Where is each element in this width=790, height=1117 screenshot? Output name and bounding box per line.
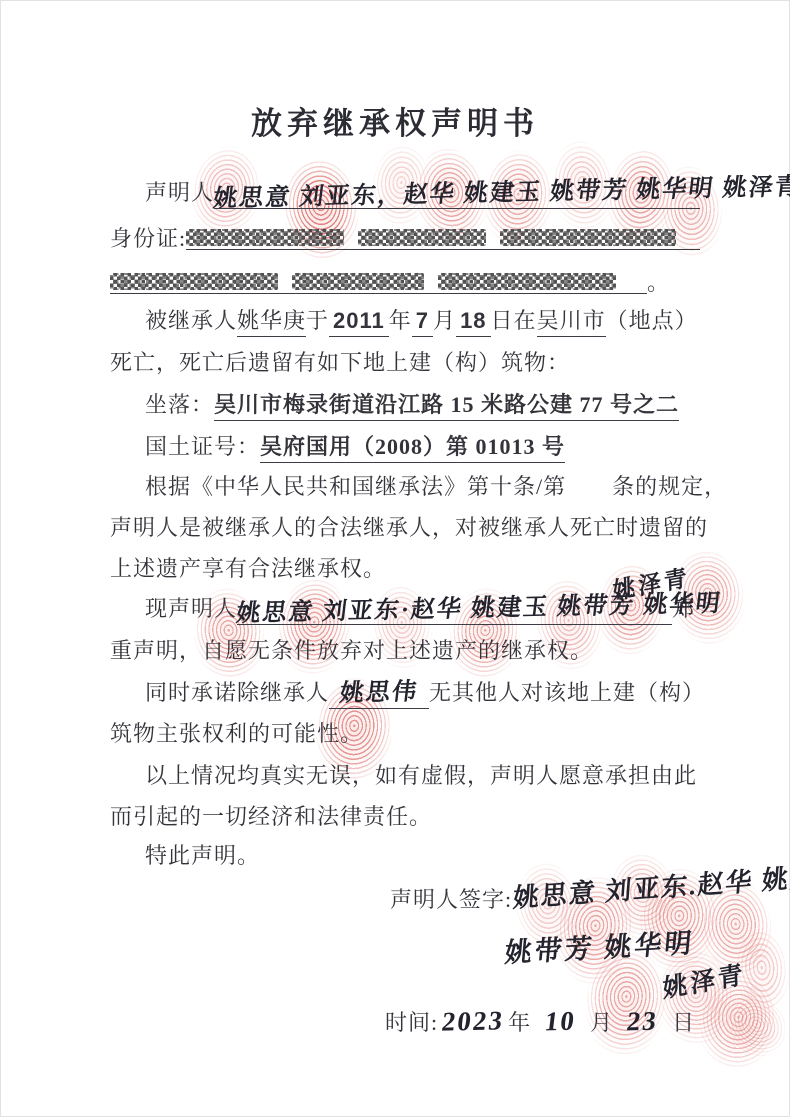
- certificate-label: 国土证号：: [145, 432, 260, 462]
- location-label: 坐落：: [145, 390, 214, 420]
- declarant-line: 声明人姚思意 刘亚东，赵华 姚建玉 姚带芳 姚华明 姚泽青，: [145, 178, 700, 209]
- redacted-id-block: [500, 229, 676, 246]
- id-numbers-field-2: [110, 273, 647, 294]
- signature-row-1-handwriting: 姚思意 刘亚东.赵华 姚建玉: [512, 861, 790, 914]
- location-value: 吴川市梅录街道沿江路 15 米路公建 77 号之二: [214, 390, 679, 421]
- certificate-line: 国土证号：吴府国用（2008）第 01013 号: [145, 432, 565, 463]
- redacted-id-block: [358, 229, 486, 246]
- place-hint: （地点）: [606, 306, 698, 336]
- truth-text-1: 以上情况均真实无误，如有虚假，声明人愿意承担由此: [145, 761, 697, 791]
- law-line-1: 根据《中华人民共和国继承法》第十条/第 条的规定，: [145, 472, 727, 502]
- death-day: 18: [456, 306, 490, 337]
- truth-text-2: 而引起的一切经济和法律责任。: [110, 802, 432, 832]
- final-statement-text: 特此声明。: [145, 841, 260, 871]
- redacted-id-block: [438, 273, 616, 290]
- redacted-id-block: [292, 273, 424, 290]
- date-line: 时间:2023年10月23日: [385, 1006, 695, 1038]
- declarant-label: 声明人: [145, 178, 214, 208]
- renounce-text-2: 重声明，自愿无条件放弃对上述遗产的继承权。: [110, 636, 593, 666]
- promise-line-2: 筑物主张权利的可能性。: [110, 719, 363, 749]
- law-text-3: 上述遗产享有合法继承权。: [110, 554, 386, 584]
- declaration-document: 放弃继承权声明书 声明人姚思意 刘亚东，赵华 姚建玉 姚带芳 姚华明 姚泽青， …: [0, 0, 790, 1117]
- date-label: 时间:: [385, 1008, 438, 1038]
- redacted-id-block: [110, 273, 278, 290]
- month-unit: 月: [433, 306, 456, 336]
- document-title: 放弃继承权声明书: [0, 98, 790, 143]
- promise-line: 同时承诺除继承人姚思伟无其他人对该地上建（构）: [145, 678, 705, 709]
- promise-text-2: 无其他人对该地上建（构）: [429, 678, 705, 708]
- promise-text-1: 同时承诺除继承人: [145, 678, 329, 708]
- declarant-names-handwriting: 姚思意 刘亚东，赵华 姚建玉 姚带芳 姚华明 姚泽青，: [211, 172, 790, 215]
- declarant-names-field: 姚思意 刘亚东，赵华 姚建玉 姚带芳 姚华明 姚泽青，: [214, 178, 700, 209]
- decedent-text: 于: [306, 306, 329, 336]
- signature-row-3-handwriting: 姚泽青: [662, 955, 746, 1006]
- truth-line-1: 以上情况均真实无误，如有虚假，声明人愿意承担由此: [145, 761, 697, 791]
- promise-name-handwriting: 姚思伟: [338, 677, 420, 709]
- death-month: 7: [412, 306, 433, 337]
- signature-row-2-handwriting: 姚带芳 姚华明: [503, 921, 696, 970]
- id-numbers-field: [186, 229, 700, 250]
- redacted-id-block: [186, 229, 344, 246]
- signature-label: 声明人签字:: [390, 885, 512, 915]
- date-year-handwriting: 2023: [440, 1005, 506, 1036]
- law-line-3: 上述遗产享有合法继承权。: [110, 554, 386, 584]
- decedent-text: 被继承人: [145, 306, 237, 336]
- promise-text-3: 筑物主张权利的可能性。: [110, 719, 363, 749]
- renounce-line-2: 重声明，自愿无条件放弃对上述遗产的继承权。: [110, 636, 593, 666]
- decedent-name: 姚华庚: [237, 306, 306, 337]
- death-place: 吴川市: [537, 306, 606, 337]
- date-month-handwriting: 10: [543, 1006, 578, 1037]
- decedent-line-2: 死亡，死亡后遗留有如下地上建（构）筑物：: [110, 348, 570, 378]
- truth-line-2: 而引起的一切经济和法律责任。: [110, 802, 432, 832]
- law-text-1: 根据《中华人民共和国继承法》第十条/第 条的规定，: [145, 472, 727, 502]
- year-unit: 年: [389, 306, 412, 336]
- final-statement-line: 特此声明。: [145, 841, 260, 871]
- date-day-handwriting: 23: [625, 1006, 660, 1037]
- date-month-unit: 月: [590, 1008, 613, 1038]
- death-year: 2011: [329, 306, 389, 337]
- renounce-label: 现声明人: [145, 594, 237, 624]
- date-year-unit: 年: [508, 1008, 531, 1038]
- id-label: 身份证:: [110, 224, 186, 254]
- law-text-2: 声明人是被继承人的合法继承人，对被继承人死亡时遗留的: [110, 513, 708, 543]
- location-line: 坐落：吴川市梅录街道沿江路 15 米路公建 77 号之二: [145, 390, 679, 421]
- day-unit: 日在: [491, 306, 537, 336]
- renounce-names-field: 姚思意 刘亚东·赵华 姚建玉 姚带芳 姚华明: [237, 594, 672, 625]
- law-line-2: 声明人是被继承人的合法继承人，对被继承人死亡时遗留的: [110, 513, 708, 543]
- signature-line: 声明人签字:姚思意 刘亚东.赵华 姚建玉: [390, 884, 790, 915]
- id-period: 。: [647, 268, 670, 298]
- promise-name-field: 姚思伟: [329, 678, 429, 709]
- date-day-unit: 日: [672, 1008, 695, 1038]
- id-line-1: 身份证:: [110, 224, 700, 254]
- certificate-value: 吴府国用（2008）第 01013 号: [260, 432, 565, 463]
- id-line-2: 。: [110, 268, 670, 298]
- decedent-line: 被继承人姚华庚于2011年7月18日在吴川市（地点）: [145, 306, 698, 337]
- decedent-text-2: 死亡，死亡后遗留有如下地上建（构）筑物：: [110, 348, 570, 378]
